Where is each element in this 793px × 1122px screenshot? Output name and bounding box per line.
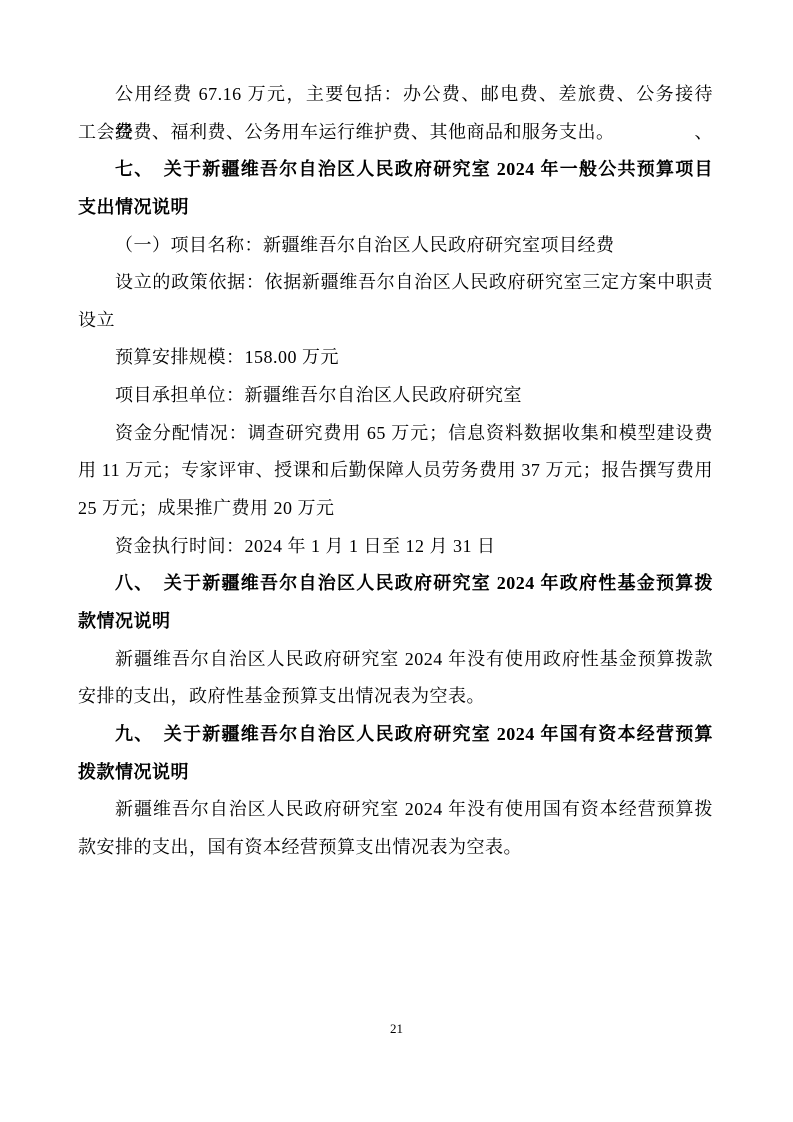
text-line: （一）项目名称：新疆维吾尔自治区人民政府研究室项目经费 (78, 227, 713, 265)
text-line: 款安排的支出，国有资本经营预算支出情况表为空表。 (78, 829, 713, 867)
text-line: 项目承担单位：新疆维吾尔自治区人民政府研究室 (78, 377, 713, 415)
text-line: 设立的政策依据：依据新疆维吾尔自治区人民政府研究室三定方案中职责 (78, 264, 713, 302)
section-9-heading-line: 拨款情况说明 (78, 754, 713, 792)
document-body: 公用经费 67.16 万元，主要包括：办公费、邮电费、差旅费、公务接待费、 工会… (78, 76, 713, 866)
text-line: 资金分配情况：调查研究费用 65 万元；信息资料数据收集和模型建设费 (78, 415, 713, 453)
text-line: 新疆维吾尔自治区人民政府研究室 2024 年没有使用政府性基金预算拨款 (78, 641, 713, 679)
section-8-heading-line: 款情况说明 (78, 603, 713, 641)
text-line: 安排的支出，政府性基金预算支出情况表为空表。 (78, 678, 713, 716)
text-line: 25 万元；成果推广费用 20 万元 (78, 490, 713, 528)
page-number: 21 (0, 1021, 793, 1037)
text-line: 用 11 万元；专家评审、授课和后勤保障人员劳务费用 37 万元；报告撰写费用 (78, 452, 713, 490)
text-line: 资金执行时间：2024 年 1 月 1 日至 12 月 31 日 (78, 528, 713, 566)
text-line: 设立 (78, 302, 713, 340)
text-line: 公用经费 67.16 万元，主要包括：办公费、邮电费、差旅费、公务接待费、 (78, 76, 713, 114)
section-8-heading-line: 八、 关于新疆维吾尔自治区人民政府研究室 2024 年政府性基金预算拨 (78, 565, 713, 603)
section-9-heading-line: 九、 关于新疆维吾尔自治区人民政府研究室 2024 年国有资本经营预算 (78, 716, 713, 754)
section-7-heading-line: 七、 关于新疆维吾尔自治区人民政府研究室 2024 年一般公共预算项目 (78, 151, 713, 189)
text-line: 预算安排规模：158.00 万元 (78, 339, 713, 377)
text-line: 新疆维吾尔自治区人民政府研究室 2024 年没有使用国有资本经营预算拨 (78, 791, 713, 829)
section-7-heading-line: 支出情况说明 (78, 189, 713, 227)
document-page: 公用经费 67.16 万元，主要包括：办公费、邮电费、差旅费、公务接待费、 工会… (0, 0, 793, 1122)
